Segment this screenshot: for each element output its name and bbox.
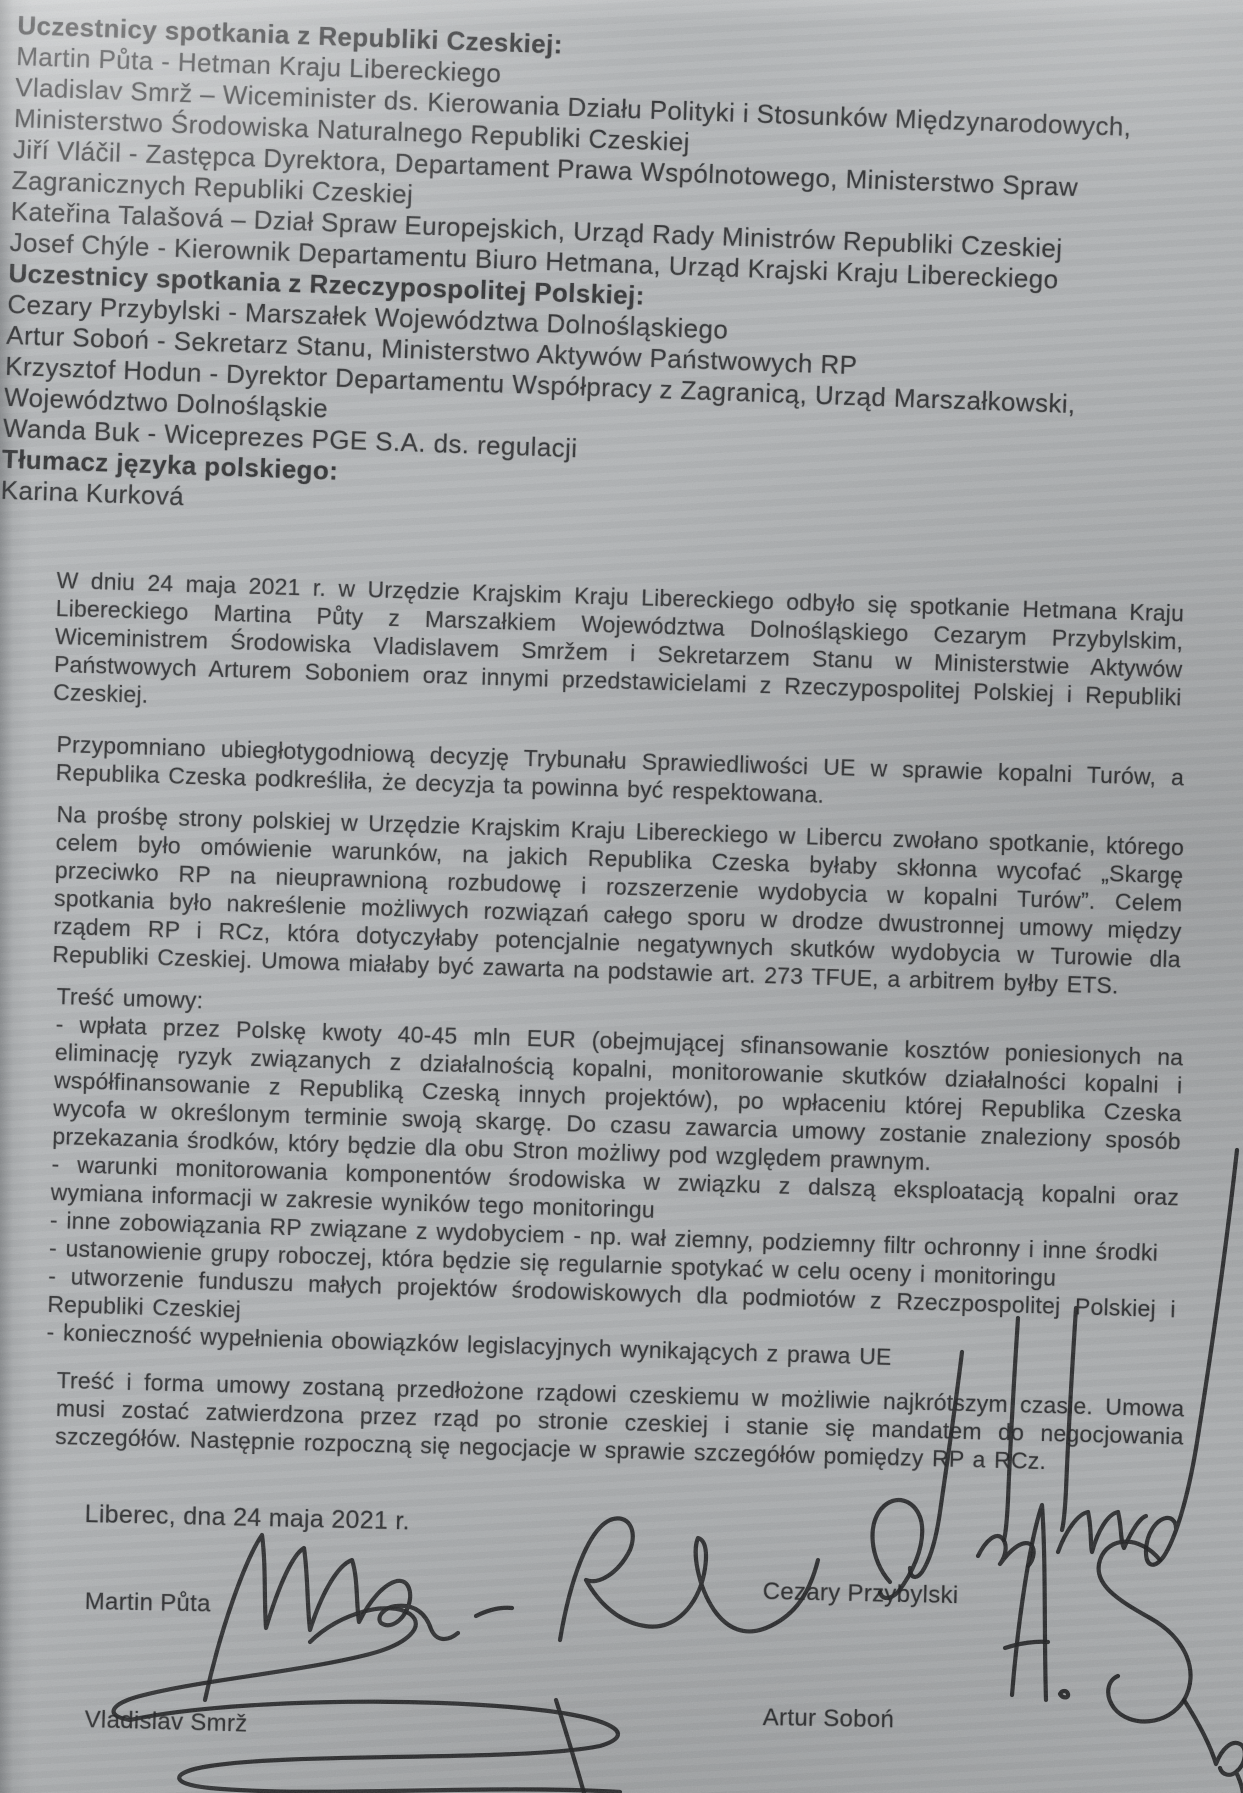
paragraph-meeting-purpose: Na prośbę strony polskiej w Urzędzie Kra… bbox=[52, 800, 1184, 1001]
paragraph-meeting-intro: W dniu 24 maja 2021 r. w Urzędzie Krajsk… bbox=[53, 566, 1185, 739]
signature-label-artur-sobon: Artur Soboń bbox=[763, 1704, 895, 1734]
dateline: Liberec, dna 24 maja 2021 r. bbox=[84, 1500, 410, 1536]
paragraph-next-steps: Treść i forma umowy zostaną przedłożone … bbox=[55, 1366, 1185, 1479]
participants-section: Uczestnicy spotkania z Republiki Czeskie… bbox=[0, 10, 1207, 548]
signature-label-martin-puta: Martin Půta bbox=[84, 1588, 211, 1618]
martin-puta-signature-ink bbox=[205, 1518, 818, 1700]
signature-label-cezary-przybylski: Cezary Przybylski bbox=[762, 1578, 958, 1610]
artur-sobon-signature-ink bbox=[1005, 1505, 1243, 1793]
signature-label-vladislav-smrz: Vladislav Smrž bbox=[84, 1706, 248, 1739]
vladislav-smrz-signature-ink bbox=[114, 1608, 620, 1793]
paragraph-agreement-content: Treść umowy:- wpłata przez Polskę kwoty … bbox=[46, 982, 1184, 1379]
scanned-document-page: Uczestnicy spotkania z Republiki Czeskie… bbox=[0, 0, 1243, 1793]
